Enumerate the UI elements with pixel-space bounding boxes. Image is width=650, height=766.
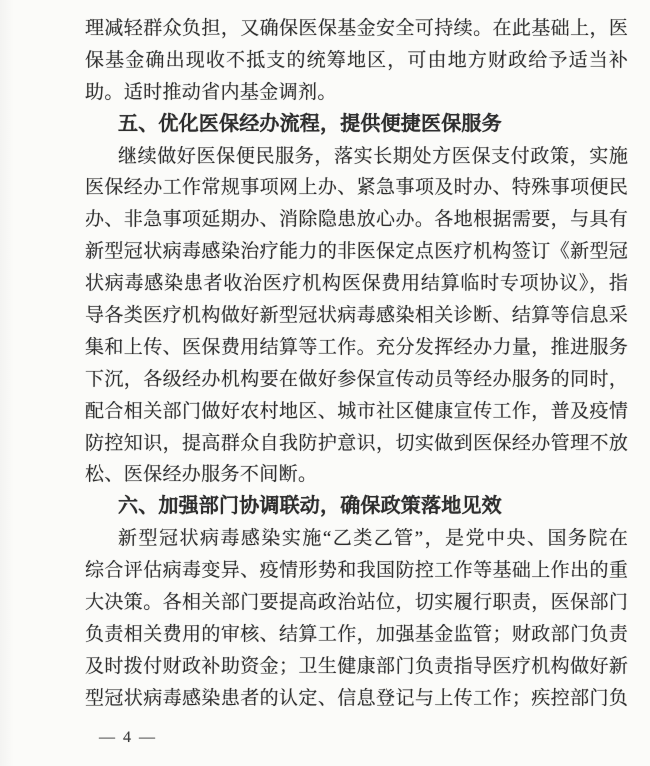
section-heading: 六、加强部门协调联动，确保政策落地见效: [85, 491, 628, 523]
text-line: 医保经办工作常规事项网上办、紧急事项及时办、特殊事项便民: [85, 172, 628, 204]
text-line: 继续做好医保便民服务，落实长期处方医保支付政策，实施: [85, 141, 628, 173]
page-number: — 4 —: [99, 729, 157, 747]
text-line: 配合相关部门做好农村地区、城市社区健康宣传工作，普及疫情: [85, 396, 628, 428]
text-line: 导各类医疗机构做好新型冠状病毒感染相关诊断、结算等信息采: [85, 300, 628, 332]
text-line: 及时拨付财政补助资金；卫生健康部门负责指导医疗机构做好新: [85, 651, 628, 683]
document-body: 理减轻群众负担，又确保医保基金安全可持续。在此基础上，医保基金确出现收不抵支的统…: [85, 13, 628, 715]
text-line: 保基金确出现收不抵支的统筹地区，可由地方财政给予适当补: [85, 45, 628, 77]
text-line: 新型冠状病毒感染治疗能力的非医保定点医疗机构签订《新型冠: [85, 236, 628, 268]
section-heading: 五、优化医保经办流程，提供便捷医保服务: [85, 109, 628, 141]
text-line: 状病毒感染患者收治医疗机构医保费用结算临时专项协议》，指: [85, 268, 628, 300]
text-line: 新型冠状病毒感染实施“乙类乙管”，是党中央、国务院在: [85, 523, 628, 555]
text-line: 型冠状病毒感染患者的认定、信息登记与上传工作；疾控部门负: [85, 683, 628, 715]
text-line: 大决策。各相关部门要提高政治站位，切实履行职责，医保部门: [85, 587, 628, 619]
text-line: 防控知识，提高群众自我防护意识，切实做到医保经办管理不放: [85, 428, 628, 460]
text-line: 办、非急事项延期办、消除隐患放心办。各地根据需要，与具有: [85, 204, 628, 236]
text-line: 下沉，各级经办机构要在做好参保宣传动员等经办服务的同时，: [85, 364, 628, 396]
document-page: 理减轻群众负担，又确保医保基金安全可持续。在此基础上，医保基金确出现收不抵支的统…: [0, 0, 650, 766]
text-line: 综合评估病毒变异、疫情形势和我国防控工作等基础上作出的重: [85, 555, 628, 587]
text-line: 理减轻群众负担，又确保医保基金安全可持续。在此基础上，医: [85, 13, 628, 45]
text-line: 助。适时推动省内基金调剂。: [85, 77, 628, 109]
text-line: 集和上传、医保费用结算等工作。充分发挥经办力量，推进服务: [85, 332, 628, 364]
text-line: 松、医保经办服务不间断。: [85, 459, 628, 491]
text-line: 负责相关费用的审核、结算工作，加强基金监管；财政部门负责: [85, 619, 628, 651]
